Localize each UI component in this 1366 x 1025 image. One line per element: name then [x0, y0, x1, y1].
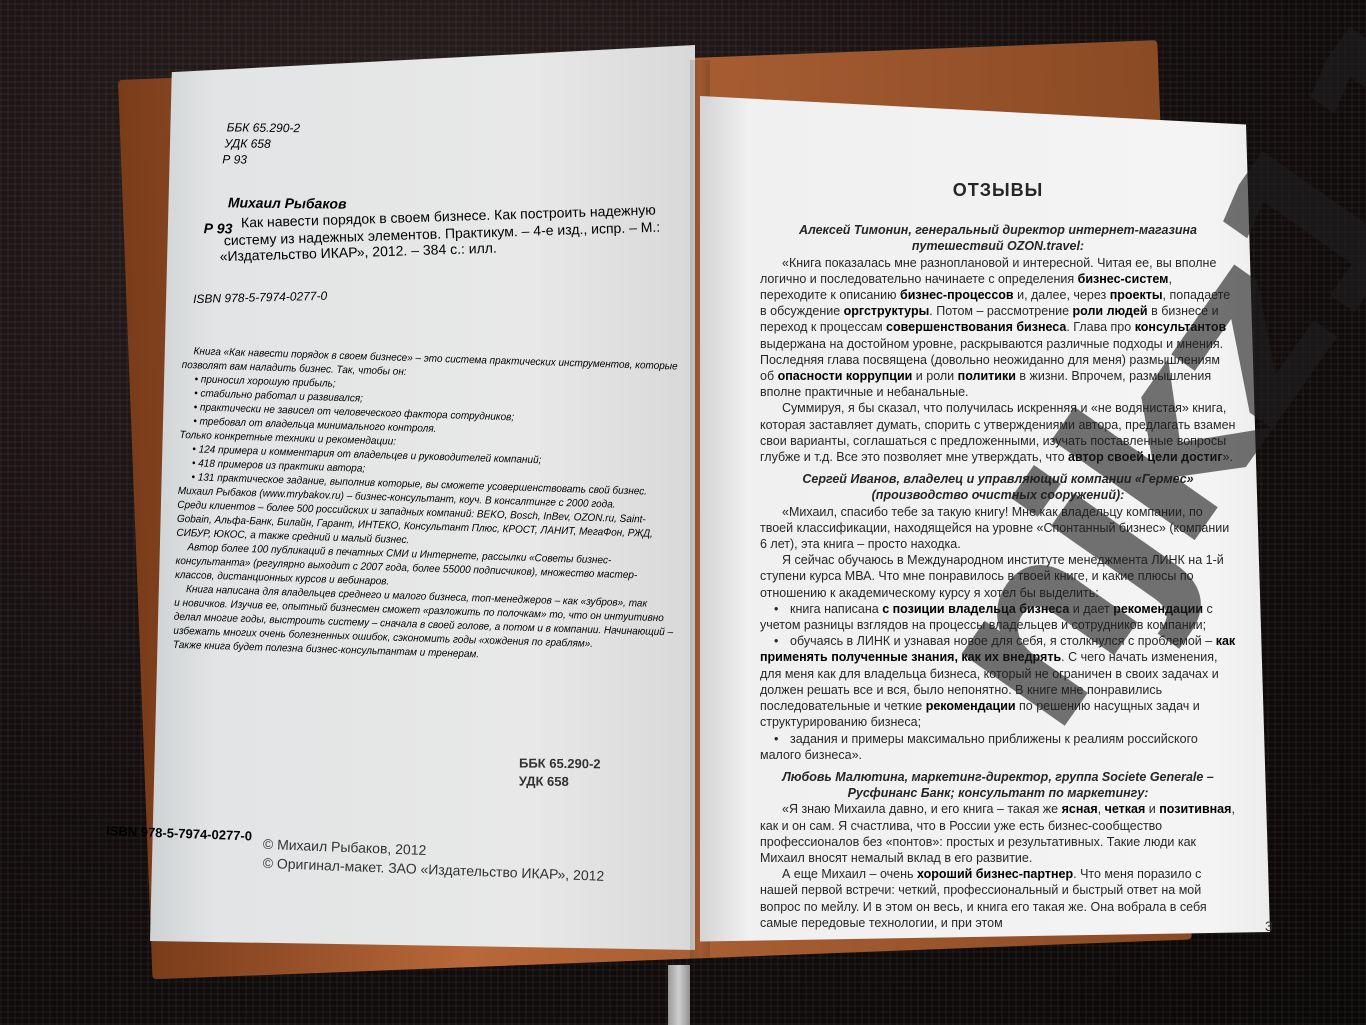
annotation-block: Книга «Как навести порядок в своем бизне… — [173, 344, 708, 668]
author-name: Михаил Рыбаков — [228, 194, 347, 212]
page-number: 3 — [1265, 918, 1273, 934]
page-title: ОТЗЫВЫ — [760, 182, 1236, 198]
bookmark-ribbon — [668, 965, 690, 1025]
reviewer-name: Любовь Малютина, маркетинг-директор, гру… — [760, 769, 1236, 801]
review-paragraph: А еще Михаил – очень хороший бизнес-парт… — [760, 866, 1236, 931]
catalog-bottom-udk: УДК 658 — [519, 773, 569, 789]
catalog-udk: УДК 658 — [224, 136, 270, 151]
catalog-bottom-bbk: ББК 65.290-2 — [519, 755, 601, 771]
catalog-code: Р 93 — [222, 152, 247, 167]
catalog-bbk: ББК 65.290-2 — [227, 120, 301, 136]
review-bullet: задания и примеры максимально приближены… — [760, 731, 1236, 763]
review-paragraph: «Я знаю Михаила давно, и его книга – так… — [760, 801, 1236, 866]
